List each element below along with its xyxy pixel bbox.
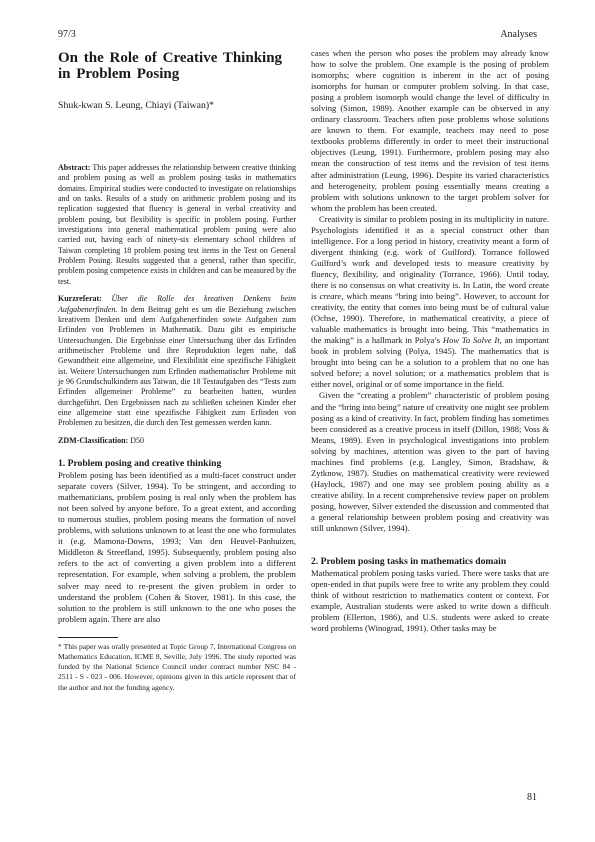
section-1-heading: 1. Problem posing and creative thinking	[58, 458, 296, 469]
running-header-issue: 97/3	[58, 29, 76, 40]
section-2-paragraph-1: Mathematical problem posing tasks varied…	[311, 568, 549, 634]
p2-italic-book-title: How To Solve It,	[443, 335, 502, 345]
zdm-label: ZDM-Classification:	[58, 436, 128, 445]
section-1-paragraph-1-continued: cases when the person who poses the prob…	[311, 48, 549, 214]
kurzreferat: Kurzreferat: Über die Rolle des kreative…	[58, 294, 296, 428]
footnote-divider	[58, 637, 118, 638]
article-title: On the Role of Creative Thinking in Prob…	[58, 50, 296, 82]
zdm-value: D50	[128, 436, 144, 445]
section-2-heading: 2. Problem posing tasks in mathematics d…	[311, 556, 549, 567]
p2-italic-creare: creare,	[320, 291, 344, 301]
p2-text-a: Creativity is similar to problem posing …	[311, 214, 549, 301]
author-line: Shuk-kwan S. Leung, Chiayi (Taiwan)*	[58, 100, 296, 111]
section-1-paragraph-3: Given the “creating a problem” character…	[311, 390, 549, 534]
abstract-text: This paper addresses the relationship be…	[58, 163, 296, 286]
right-column: cases when the person who poses the prob…	[311, 48, 549, 634]
running-header-section: Analyses	[500, 29, 537, 40]
section-1-paragraph-1: Problem posing has been identified as a …	[58, 470, 296, 625]
section-1-paragraph-2: Creativity is similar to problem posing …	[311, 214, 549, 391]
kurzreferat-label: Kurzreferat:	[58, 294, 102, 303]
left-column: On the Role of Creative Thinking in Prob…	[58, 50, 296, 693]
zdm-classification: ZDM-Classification: D50	[58, 436, 296, 446]
abstract-label: Abstract:	[58, 163, 90, 172]
page-number: 81	[527, 792, 537, 803]
footnote: * This paper was orally presented at Top…	[58, 642, 296, 693]
abstract: Abstract: This paper addresses the relat…	[58, 163, 296, 287]
kurzreferat-text: In dem Beitrag geht es um die Beziehung …	[58, 305, 296, 428]
